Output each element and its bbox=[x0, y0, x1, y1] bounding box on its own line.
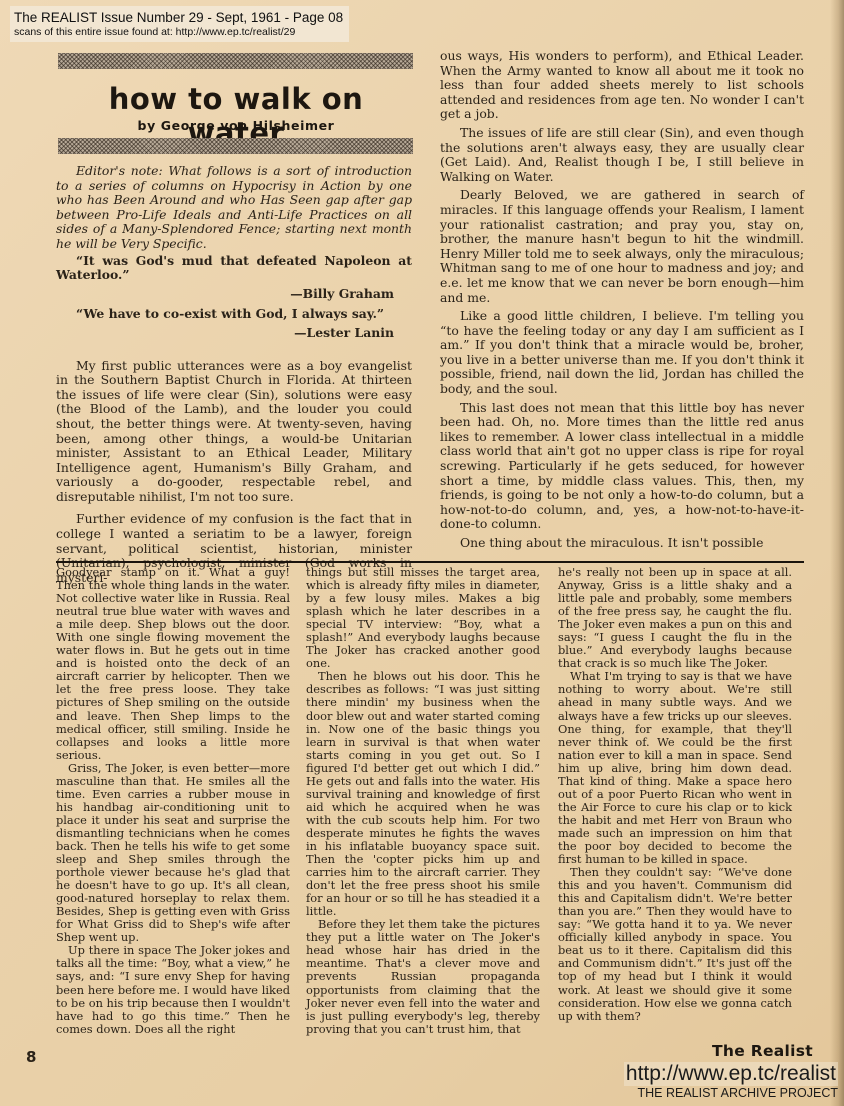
body-paragraph: Goodyear stamp on it. What a guy! Then t… bbox=[56, 566, 290, 762]
body-paragraph: Before they let them take the pictures t… bbox=[306, 918, 540, 1035]
magazine-logo: The Realist bbox=[712, 1042, 813, 1060]
top-right-column: ous ways, His wonders to perform), and E… bbox=[440, 49, 804, 551]
page-number: 8 bbox=[26, 1048, 36, 1066]
body-paragraph: This last does not mean that this little… bbox=[440, 401, 804, 532]
body-paragraph: he's really not been up in space at all.… bbox=[558, 566, 792, 670]
body-paragraph: My first public utterances were as a boy… bbox=[56, 359, 412, 505]
body-paragraph: Dearly Beloved, we are gathered in searc… bbox=[440, 188, 804, 305]
scan-header: The REALIST Issue Number 29 - Sept, 1961… bbox=[10, 6, 349, 42]
epigraph-attribution: —Lester Lanin bbox=[56, 326, 412, 341]
bottom-column-2: things but still misses the target area,… bbox=[306, 566, 540, 1036]
body-paragraph: Up there in space The Joker jokes and ta… bbox=[56, 944, 290, 1035]
halftone-rule-top bbox=[58, 53, 413, 69]
epigraph-attribution: —Billy Graham bbox=[56, 287, 412, 302]
article-byline: by George von Hilsheimer bbox=[56, 118, 416, 133]
body-paragraph: Griss, The Joker, is even better—more ma… bbox=[56, 762, 290, 945]
epigraph-quote: “It was God's mud that defeated Napoleon… bbox=[56, 254, 412, 283]
scan-header-source: scans of this entire issue found at: htt… bbox=[14, 26, 343, 39]
bottom-column-3: he's really not been up in space at all.… bbox=[558, 566, 792, 1023]
page-edge-shadow bbox=[830, 0, 844, 1106]
body-paragraph: The issues of life are still clear (Sin)… bbox=[440, 126, 804, 184]
body-paragraph: Then they couldn't say: “We've done this… bbox=[558, 866, 792, 1023]
epigraph-quote: “We have to co-exist with God, I always … bbox=[56, 307, 412, 322]
editor-note: Editor's note: What follows is a sort of… bbox=[56, 164, 412, 252]
body-paragraph: things but still misses the target area,… bbox=[306, 566, 540, 670]
archive-project-name: THE REALIST ARCHIVE PROJECT bbox=[637, 1086, 838, 1100]
top-left-column: Editor's note: What follows is a sort of… bbox=[56, 164, 412, 585]
halftone-rule-bottom bbox=[58, 138, 413, 154]
body-paragraph: ous ways, His wonders to perform), and E… bbox=[440, 49, 804, 122]
bottom-column-1: Goodyear stamp on it. What a guy! Then t… bbox=[56, 566, 290, 1036]
body-paragraph: Like a good little children, I believe. … bbox=[440, 309, 804, 397]
body-paragraph: Then he blows out his door. This he desc… bbox=[306, 670, 540, 918]
body-paragraph: What I'm trying to say is that we have n… bbox=[558, 670, 792, 866]
body-paragraph: One thing about the miraculous. It isn't… bbox=[440, 536, 804, 551]
archive-url-link[interactable]: http://www.ep.tc/realist bbox=[624, 1062, 838, 1086]
scan-header-title: The REALIST Issue Number 29 - Sept, 1961… bbox=[14, 10, 343, 26]
section-divider bbox=[56, 561, 804, 563]
